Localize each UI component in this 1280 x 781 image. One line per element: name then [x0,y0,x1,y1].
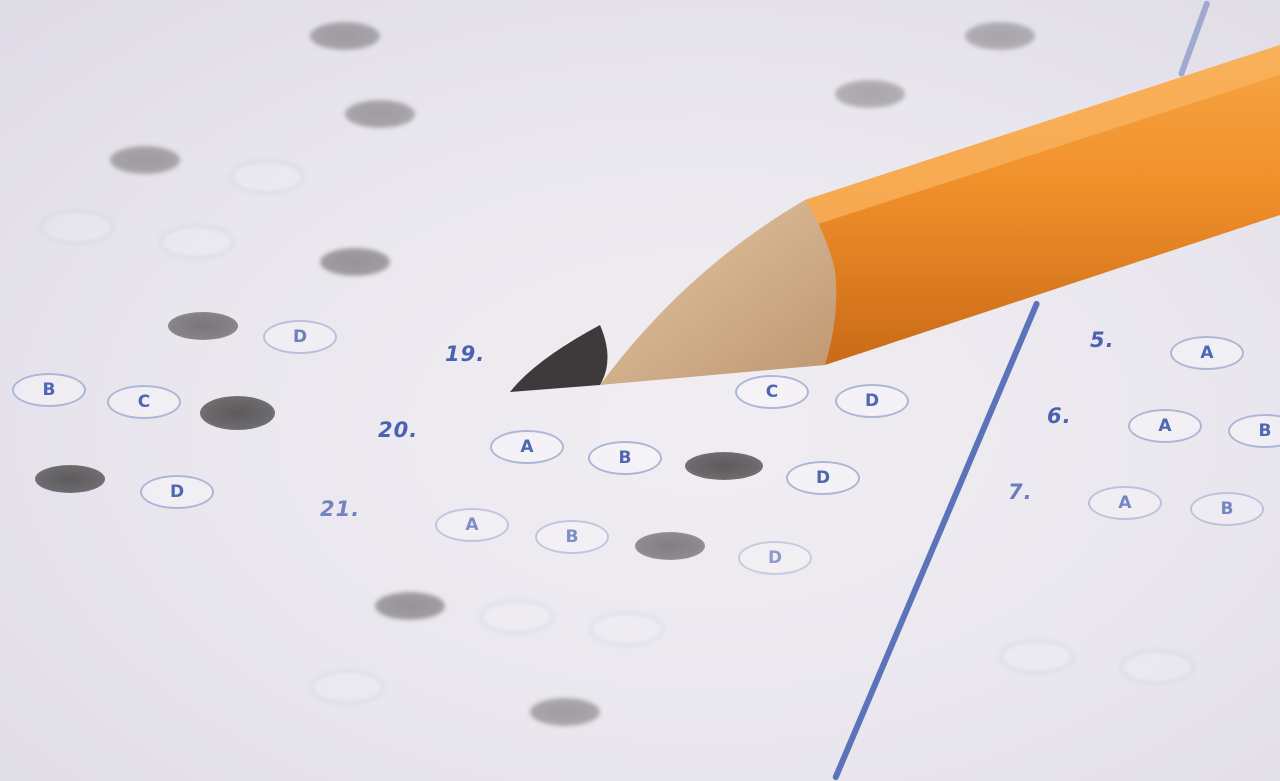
question-number: 7. [1008,480,1033,504]
bubble-option[interactable]: A [1088,486,1162,520]
filled-bubble [35,465,105,493]
filled-bubble [310,22,380,50]
bubble-option[interactable]: D [263,320,337,354]
filled-bubble [530,698,600,726]
bubble-option[interactable]: D [786,461,860,495]
question-number: 21. [320,497,360,521]
bubble-option[interactable]: B [12,373,86,407]
bubble-option[interactable]: B [588,441,662,475]
question-number: 19. [445,342,485,366]
bubble [310,670,384,704]
bubble-option[interactable]: C [107,385,181,419]
filled-bubble [200,396,275,430]
bubble-option[interactable]: A [435,508,509,542]
bubble [160,225,234,259]
bubble [590,612,664,646]
bubble [40,210,114,244]
bubble-option[interactable]: D [140,475,214,509]
question-number: 6. [1047,404,1072,428]
filled-bubble [685,452,763,480]
bubble-option[interactable]: A [1128,409,1202,443]
bubble [230,160,304,194]
filled-bubble [375,592,445,620]
bubble [1000,640,1074,674]
filled-bubble [110,146,180,174]
bubble-option[interactable]: B [1190,492,1264,526]
bubble [480,600,554,634]
pencil-icon [505,40,1280,400]
filled-bubble [168,312,238,340]
bubble [1120,650,1194,684]
filled-bubble [635,532,705,560]
bubble-option[interactable]: A [490,430,564,464]
filled-bubble [320,248,390,276]
bubble-option[interactable]: D [738,541,812,575]
question-number: 20. [378,418,418,442]
filled-bubble [345,100,415,128]
bubble-option[interactable]: B [535,520,609,554]
